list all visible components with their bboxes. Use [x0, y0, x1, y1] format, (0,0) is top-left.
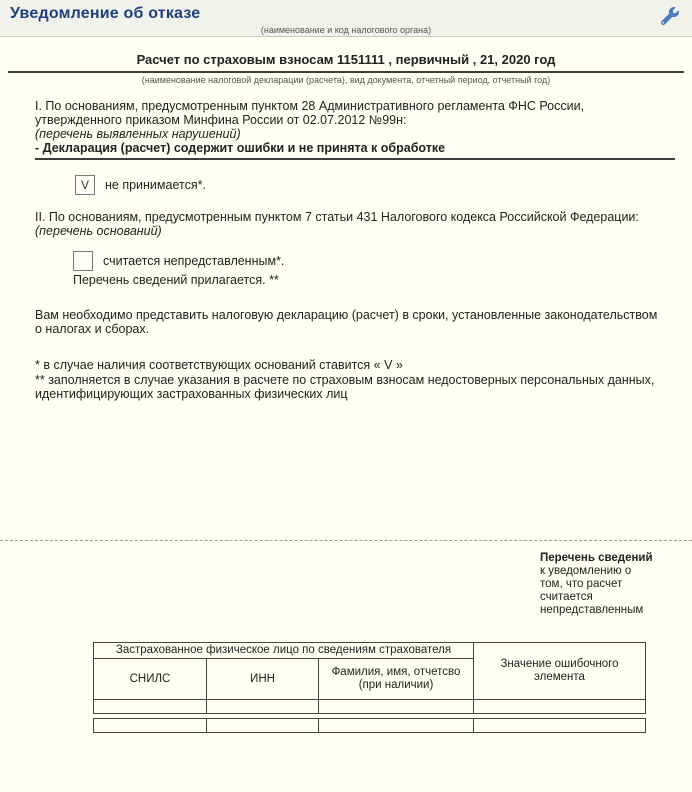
- page-title: Уведомление об отказе: [10, 5, 200, 23]
- attachment-caption-line: непредставленным: [540, 604, 685, 617]
- table-cell: [474, 700, 646, 714]
- section2-text: II. По основаниям, предусмотренным пункт…: [35, 210, 667, 224]
- document-body: I. По основаниям, предусмотренным пункто…: [35, 99, 667, 401]
- page-separator: [0, 540, 692, 541]
- settings-button[interactable]: [661, 7, 679, 25]
- tax-organ-caption: (наименование и код налогового органа): [0, 25, 692, 35]
- table-cell: [207, 719, 319, 733]
- not-accepted-label: не принимается*.: [105, 178, 206, 192]
- insured-persons-table: Застрахованное физическое лицо по сведен…: [93, 642, 646, 714]
- attachment-caption-line: том, что расчет: [540, 578, 685, 591]
- table-header-snils: СНИЛС: [94, 659, 207, 700]
- section1-list-caption: (перечень выявленных нарушений): [35, 127, 667, 141]
- form-title: Расчет по страховым взносам 1151111 , пе…: [8, 52, 684, 73]
- requirement-text: Вам необходимо представить налоговую дек…: [35, 308, 667, 336]
- table-cell: [319, 700, 474, 714]
- violation-line: - Декларация (расчет) содержит ошибки и …: [35, 141, 675, 160]
- table-cell: [207, 700, 319, 714]
- footnote-2: ** заполняется в случае указания в расче…: [35, 373, 667, 401]
- table-cell: [94, 700, 207, 714]
- not-submitted-row: считается непредставленным*.: [73, 251, 667, 271]
- table-header-error-value: Значение ошибочного элемента: [474, 643, 646, 700]
- section2-list-caption: (перечень оснований): [35, 224, 667, 238]
- table-cell: [474, 719, 646, 733]
- table-row: [94, 719, 646, 733]
- table-group-header: Застрахованное физическое лицо по сведен…: [94, 643, 474, 659]
- attachment-note: Перечень сведений прилагается. **: [73, 273, 667, 287]
- not-accepted-row: V не принимается*.: [75, 175, 667, 195]
- table-cell: [319, 719, 474, 733]
- table-cell: [94, 719, 207, 733]
- refusal-notification-window: Уведомление об отказе (наименование и ко…: [0, 0, 692, 792]
- footnote-1: * в случае наличия соответствующих основ…: [35, 358, 667, 372]
- table-row: [94, 700, 646, 714]
- form-title-caption: (наименование налоговой декларации (расч…: [0, 75, 692, 85]
- not-submitted-label: считается непредставленным*.: [103, 254, 284, 268]
- table-header-fio: Фамилия, имя, отчетсво (при наличии): [319, 659, 474, 700]
- table-header-inn: ИНН: [207, 659, 319, 700]
- not-submitted-checkbox[interactable]: [73, 251, 93, 271]
- not-accepted-checkbox[interactable]: V: [75, 175, 95, 195]
- header-bar: Уведомление об отказе (наименование и ко…: [0, 0, 692, 37]
- section1-text: I. По основаниям, предусмотренным пункто…: [35, 99, 667, 127]
- attachment-caption-line: считается: [540, 591, 685, 604]
- insured-persons-table-extra-row: [93, 718, 646, 733]
- attachment-caption-line: к уведомлению о: [540, 565, 685, 578]
- attachment-caption: Перечень сведений к уведомлению о том, ч…: [540, 552, 685, 617]
- attachment-caption-title: Перечень сведений: [540, 552, 685, 565]
- table-group-header-row: Застрахованное физическое лицо по сведен…: [94, 643, 646, 659]
